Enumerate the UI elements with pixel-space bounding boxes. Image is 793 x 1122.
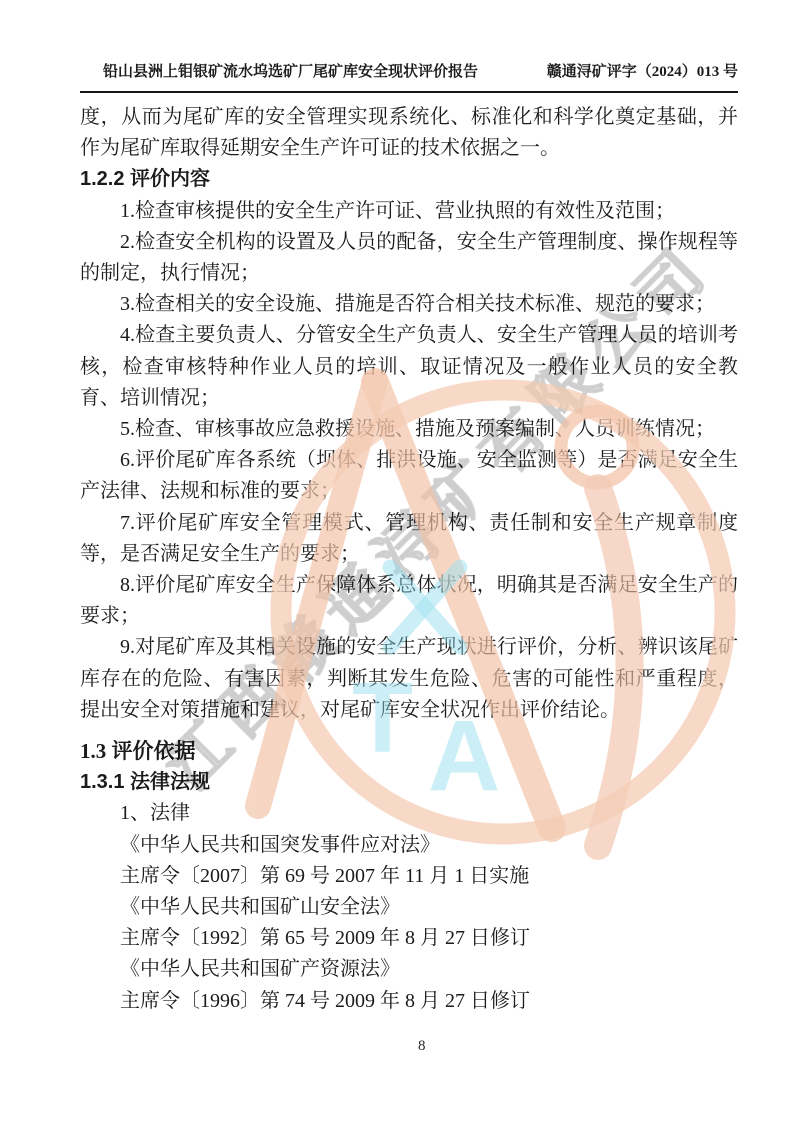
list-item-3: 3.检查相关的安全设施、措施是否符合相关技术标准、规范的要求；: [80, 289, 738, 320]
page-content: 铅山县洲上钼银矿流水坞选矿厂尾矿库安全现状评价报告 赣通浔矿评字（2024）01…: [80, 63, 738, 1017]
law-detail-2: 主席令〔1992〕第 65 号 2009 年 8 月 27 日修订: [80, 923, 738, 954]
law-group-label: 1、法律: [80, 798, 738, 829]
section-heading-1-2-2: 1.2.2 评价内容: [80, 164, 738, 195]
section-heading-1-3-1: 1.3.1 法律法规: [80, 767, 738, 798]
list-item-8: 8.评价尾矿库安全生产保障体系总体状况，明确其是否满足安全生产的要求；: [80, 570, 738, 632]
header-report-title: 铅山县洲上钼银矿流水坞选矿厂尾矿库安全现状评价报告: [103, 63, 478, 81]
list-item-5: 5.检查、审核事故应急救援设施、措施及预案编制、人员训练情况；: [80, 414, 738, 445]
list-item-2: 2.检查安全机构的设置及人员的配备，安全生产管理制度、操作规程等的制定，执行情况…: [80, 227, 738, 289]
report-page: 江西赣通浔矿有限公司 铅山县洲上钼银矿流水坞选矿厂尾矿库安全现状评价报告 赣通浔…: [0, 0, 793, 1122]
body-text: 度，从而为尾矿库的安全管理实现系统化、标准化和科学化奠定基础，并作为尾矿库取得延…: [80, 102, 738, 1017]
list-item-6: 6.评价尾矿库各系统（坝体、排洪设施、安全监测等）是否满足安全生产法律、法规和标…: [80, 445, 738, 507]
page-number: 8: [418, 1038, 426, 1055]
law-title-3: 《中华人民共和国矿产资源法》: [80, 954, 738, 985]
law-title-1: 《中华人民共和国突发事件应对法》: [80, 830, 738, 861]
header-doc-number: 赣通浔矿评字（2024）013 号: [547, 63, 738, 81]
paragraph-continuation: 度，从而为尾矿库的安全管理实现系统化、标准化和科学化奠定基础，并作为尾矿库取得延…: [80, 102, 738, 164]
law-detail-1: 主席令〔2007〕第 69 号 2007 年 11 月 1 日实施: [80, 861, 738, 892]
law-title-2: 《中华人民共和国矿山安全法》: [80, 892, 738, 923]
law-detail-3: 主席令〔1996〕第 74 号 2009 年 8 月 27 日修订: [80, 986, 738, 1017]
list-item-9: 9.对尾矿库及其相关设施的安全生产现状进行评价，分析、辨识该尾矿库存在的危险、有…: [80, 632, 738, 726]
section-heading-1-3: 1.3 评价依据: [80, 736, 738, 767]
page-header: 铅山县洲上钼银矿流水坞选矿厂尾矿库安全现状评价报告 赣通浔矿评字（2024）01…: [80, 63, 738, 93]
list-item-1: 1.检查审核提供的安全生产许可证、营业执照的有效性及范围；: [80, 196, 738, 227]
list-item-7: 7.评价尾矿库安全管理模式、管理机构、责任制和安全生产规章制度等，是否满足安全生…: [80, 508, 738, 570]
list-item-4: 4.检查主要负责人、分管安全生产负责人、安全生产管理人员的培训考核，检查审核特种…: [80, 320, 738, 414]
